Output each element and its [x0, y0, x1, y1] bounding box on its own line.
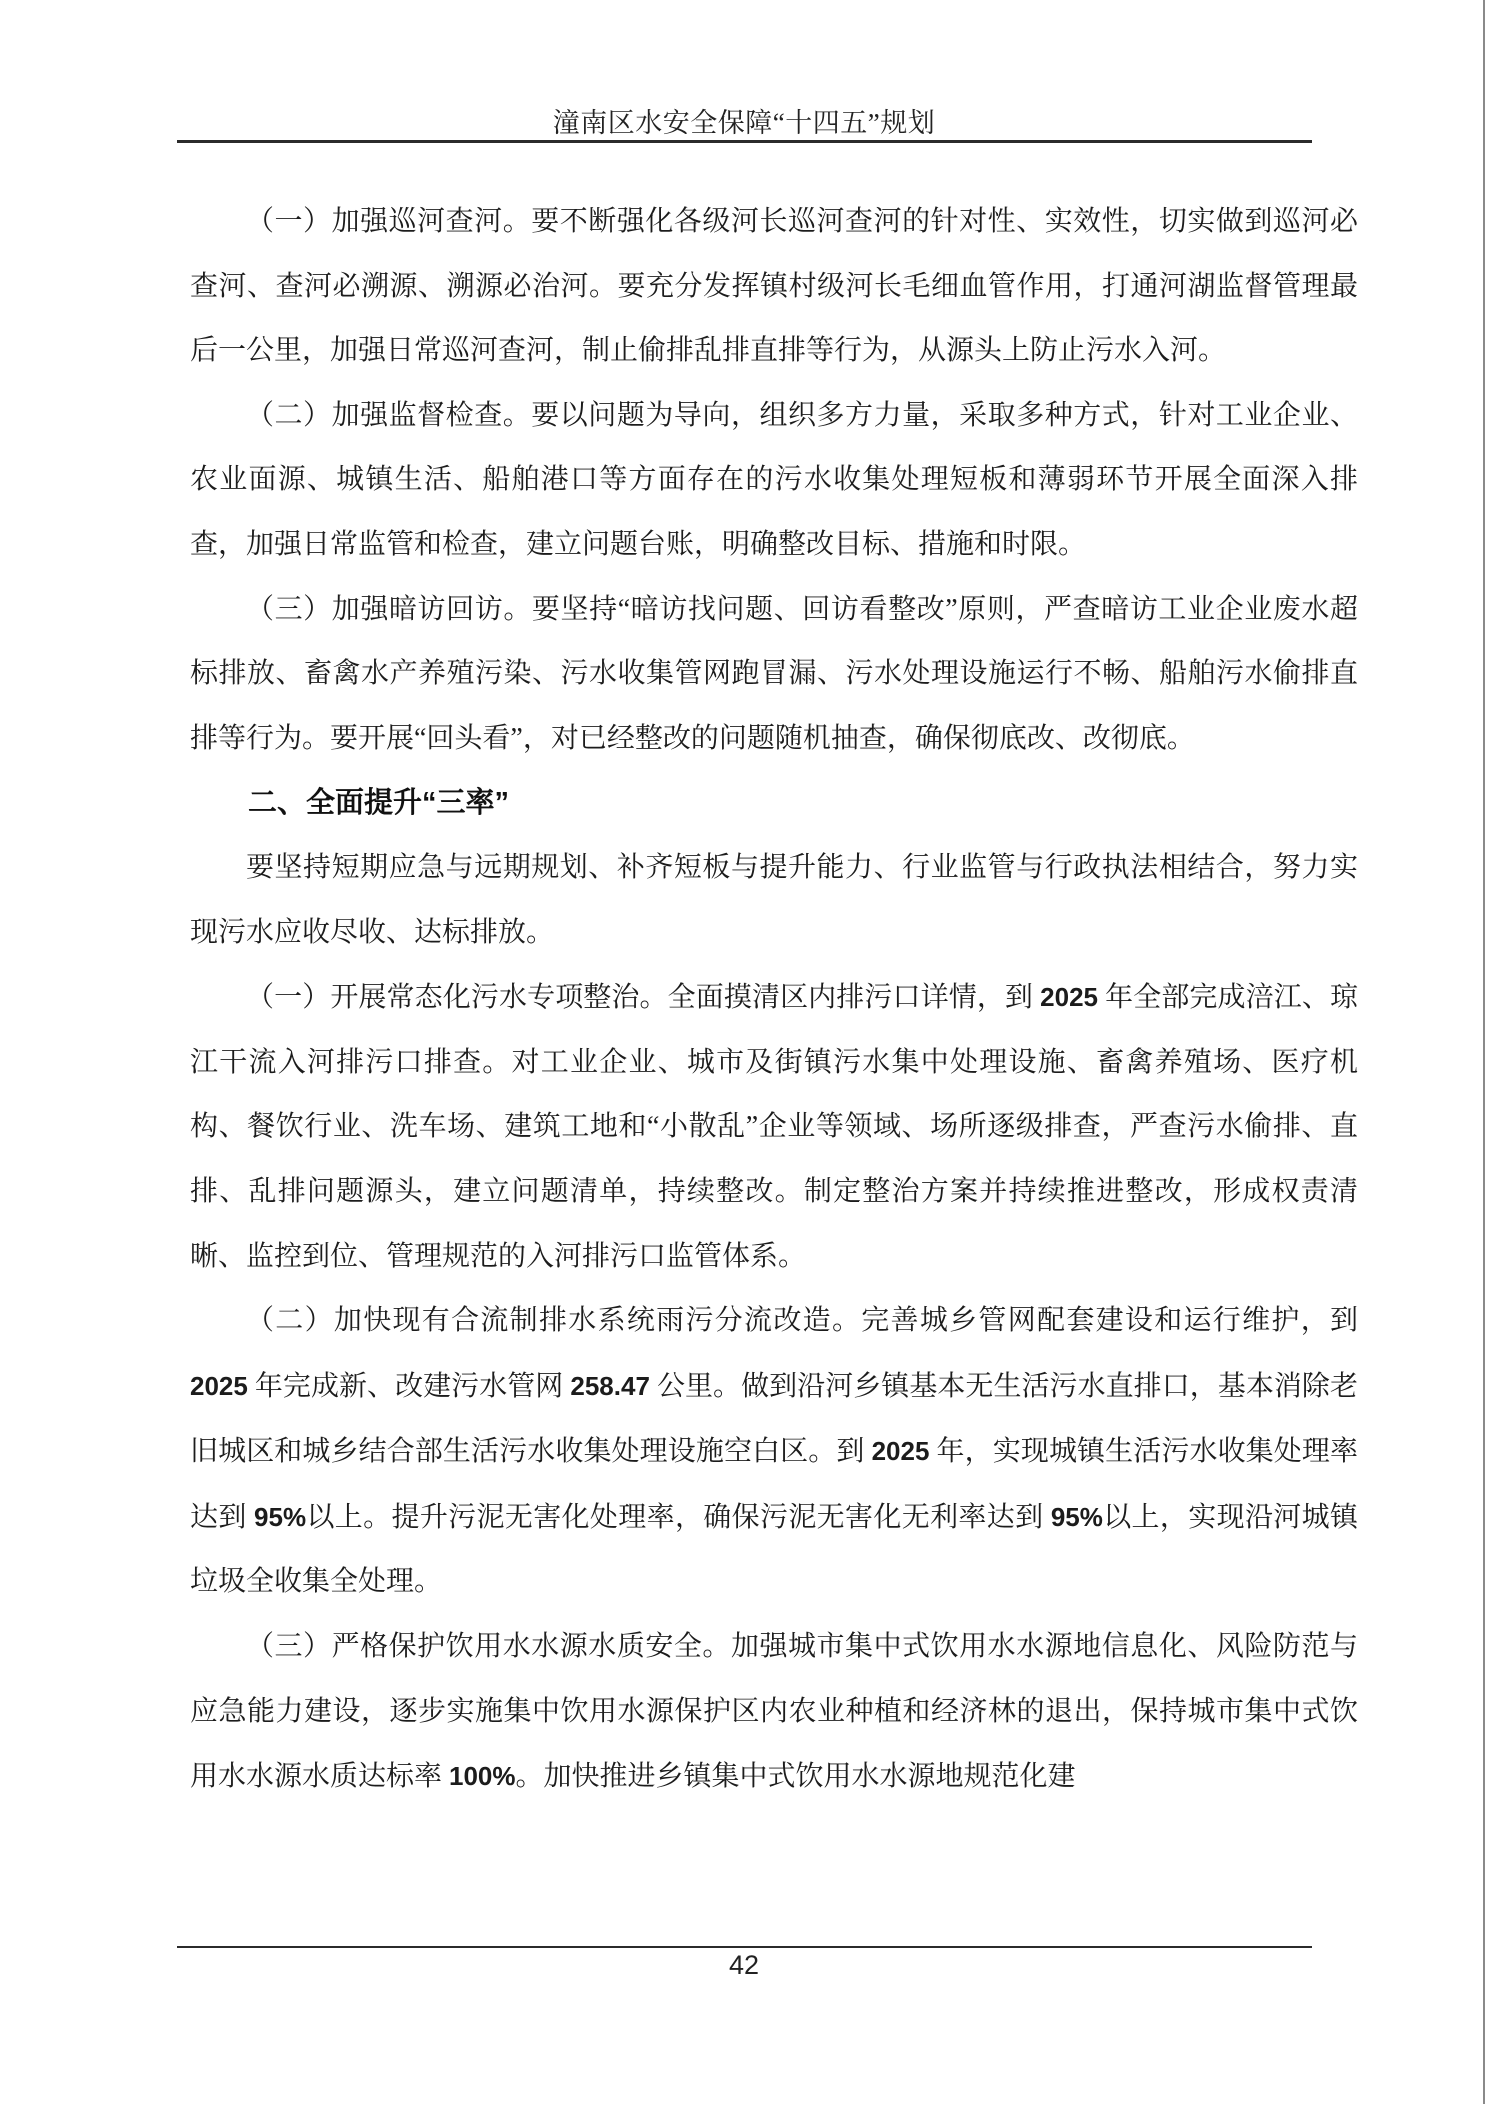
paragraph: （二）加快现有合流制排水系统雨污分流改造。完善城乡管网配套建设和运行维护，到 2… — [190, 1289, 1358, 1615]
footer-rule-divider — [177, 1946, 1312, 1948]
text-run: （三）加强暗访回访。要坚持“暗访找问题、回访看整改”原则，严查暗访工业企业废水超… — [190, 594, 1358, 754]
document-body: （一）加强巡河查河。要不断强化各级河长巡河查河的针对性、实效性，切实做到巡河必查… — [190, 190, 1358, 1810]
paragraph: （三）加强暗访回访。要坚持“暗访找问题、回访看整改”原则，严查暗访工业企业废水超… — [190, 578, 1358, 772]
text-run: （一）加强巡河查河。要不断强化各级河长巡河查河的针对性、实效性，切实做到巡河必查… — [190, 206, 1358, 366]
numeric-value: 2025 — [872, 1436, 930, 1466]
numeric-value: 2025 — [1040, 982, 1098, 1012]
page-number: 42 — [0, 1950, 1488, 1981]
numeric-value: 95% — [1051, 1502, 1103, 1532]
text-run: 年全部完成涪江、琼江干流入河排污口排查。对工业企业、城市及街镇污水集中处理设施、… — [190, 982, 1358, 1271]
numeric-value: 100% — [449, 1761, 516, 1791]
document-page: { "page": { "header_title": "潼南区水安全保障“十四… — [0, 0, 1488, 2104]
numeric-value: 95% — [254, 1502, 306, 1532]
paragraph: （一）加强巡河查河。要不断强化各级河长巡河查河的针对性、实效性，切实做到巡河必查… — [190, 190, 1358, 384]
header-rule-divider — [177, 140, 1312, 143]
numeric-value: 2025 — [190, 1371, 248, 1401]
text-run: 以上。提升污泥无害化处理率，确保污泥无害化无利率达到 — [306, 1502, 1051, 1533]
text-run: 要坚持短期应急与远期规划、补齐短板与提升能力、行业监管与行政执法相结合，努力实现… — [190, 852, 1358, 948]
text-run: 年完成新、改建污水管网 — [248, 1371, 571, 1402]
text-run: （二）加快现有合流制排水系统雨污分流改造。完善城乡管网配套建设和运行维护，到 — [246, 1305, 1358, 1336]
paragraph: （二）加强监督检查。要以问题为导向，组织多方力量，采取多种方式，针对工业企业、农… — [190, 384, 1358, 578]
page-header-title: 潼南区水安全保障“十四五”规划 — [0, 101, 1488, 140]
paragraph: （一）开展常态化污水专项整治。全面摸清区内排污口详情，到 2025 年全部完成涪… — [190, 965, 1358, 1289]
numeric-value: 258.47 — [570, 1371, 650, 1401]
text-run: （二）加强监督检查。要以问题为导向，组织多方力量，采取多种方式，针对工业企业、农… — [190, 400, 1358, 560]
text-run: （一）开展常态化污水专项整治。全面摸清区内排污口详情，到 — [246, 982, 1040, 1013]
section-heading: 二、全面提升“三率” — [190, 771, 1358, 836]
paragraph: （三）严格保护饮用水水源水质安全。加强城市集中式饮用水水源地信息化、风险防范与应… — [190, 1615, 1358, 1810]
scan-edge-line — [1483, 0, 1485, 2104]
text-run: 。加快推进乡镇集中式饮用水水源地规范化建 — [516, 1761, 1076, 1792]
paragraph: 要坚持短期应急与远期规划、补齐短板与提升能力、行业监管与行政执法相结合，努力实现… — [190, 836, 1358, 965]
text-run: 二、全面提升“三率” — [248, 787, 509, 819]
